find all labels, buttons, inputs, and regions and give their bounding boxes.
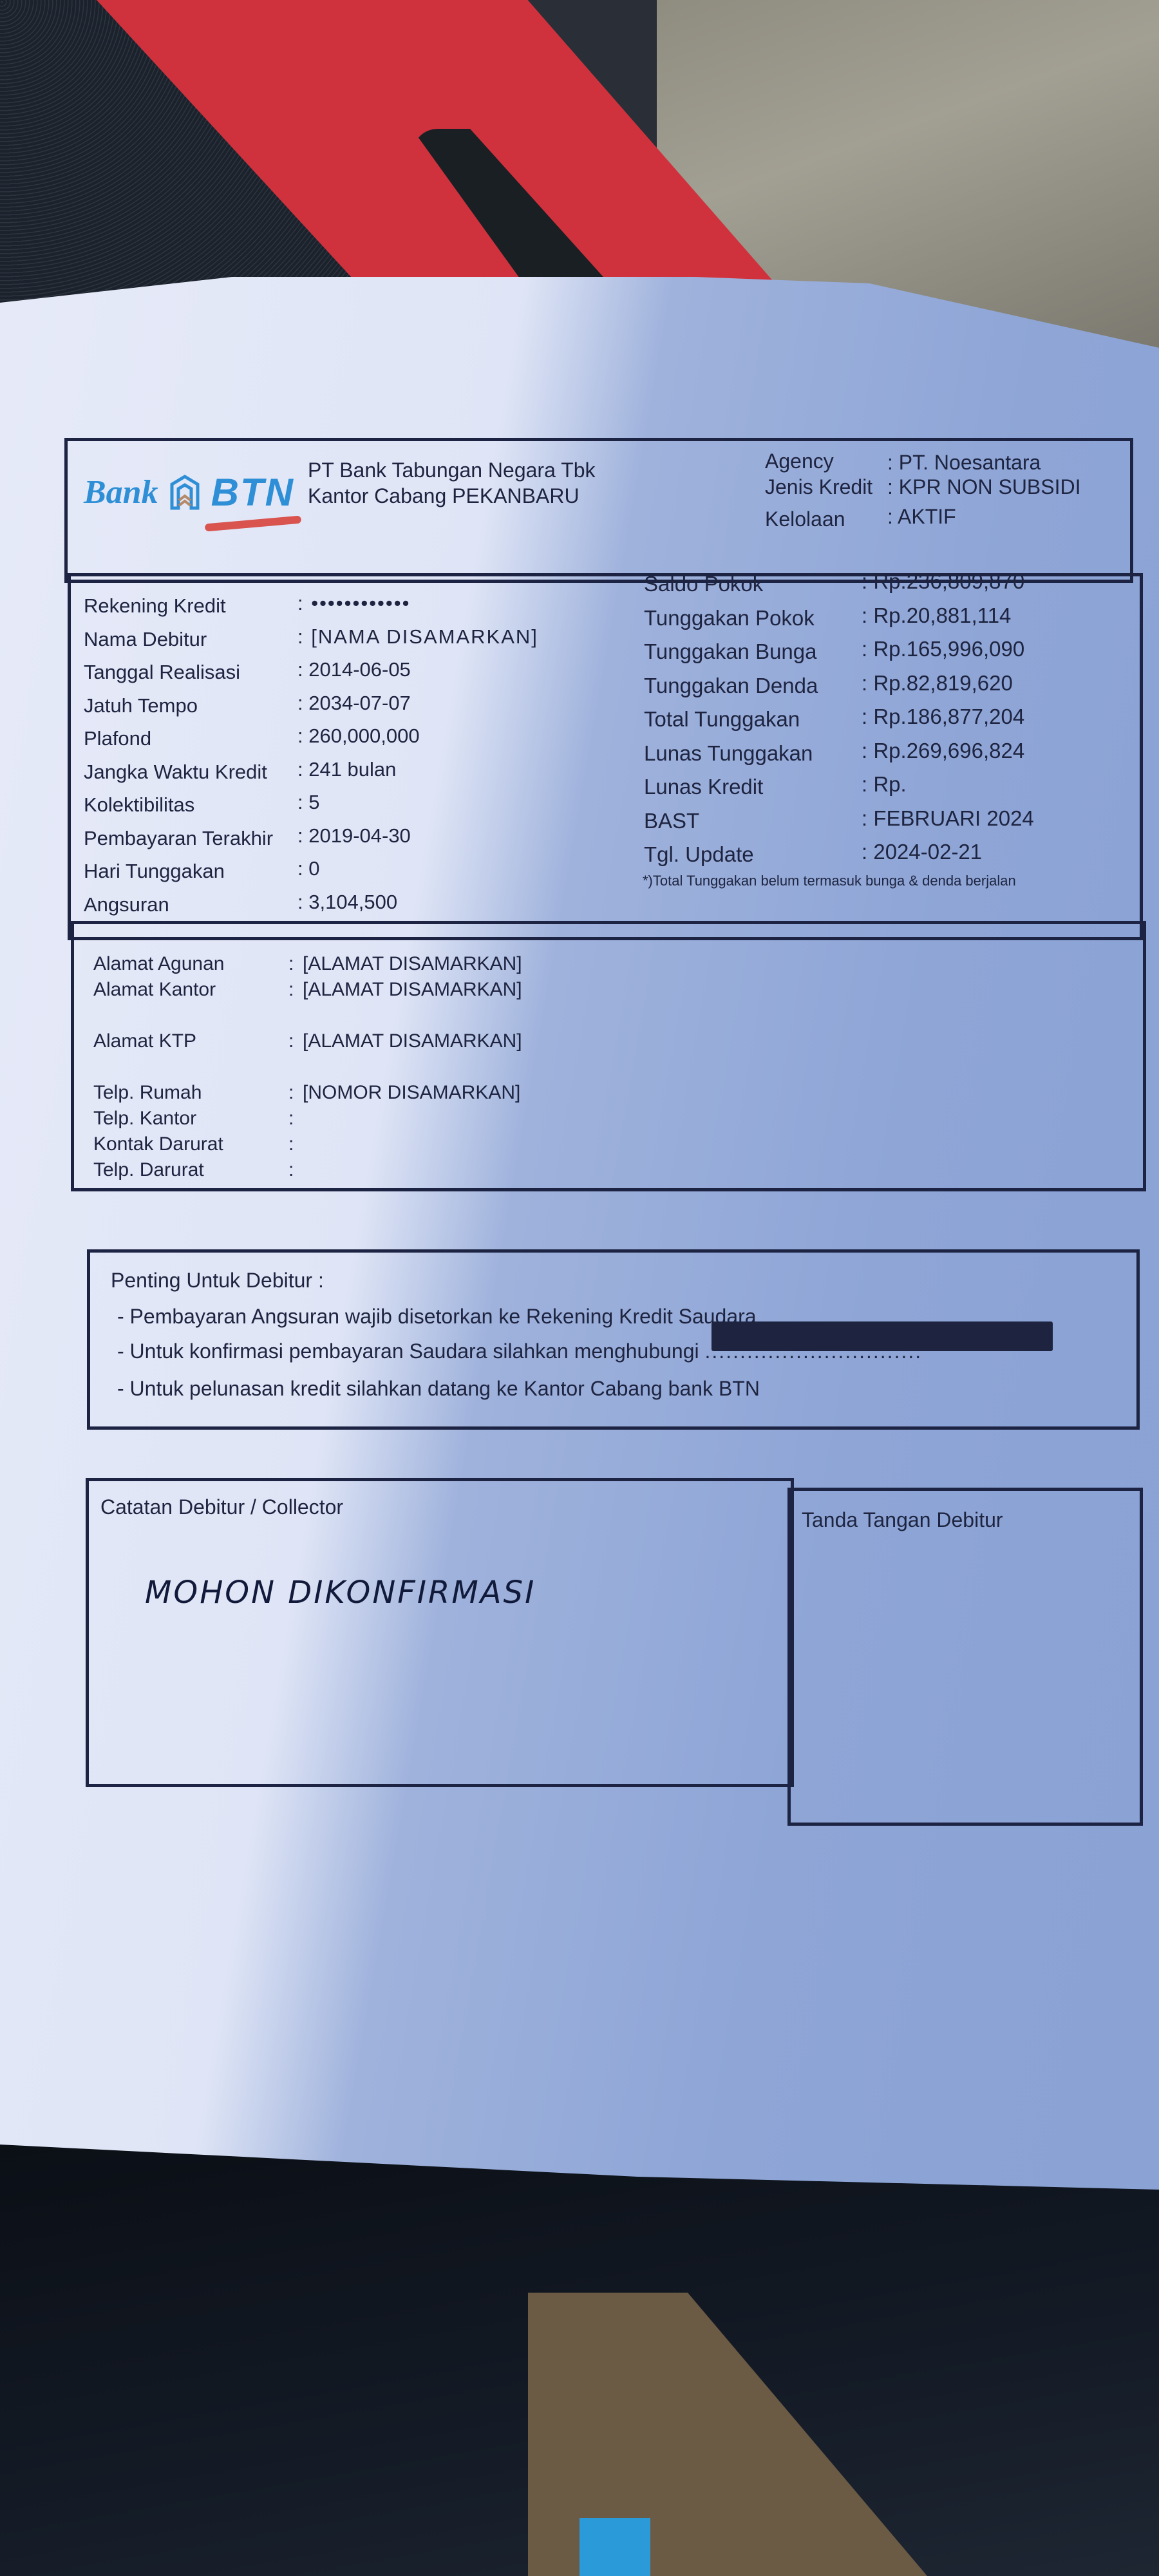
contact-value: [ALAMAT DISAMARKAN] (303, 979, 522, 1001)
collector-notes-label: Catatan Debitur / Collector (100, 1495, 343, 1519)
contact-colon: : (288, 979, 294, 1001)
notice-item-text: - Untuk konfirmasi pembayaran Saudara si… (117, 1340, 699, 1363)
balance-field-label: Tunggakan Denda (644, 674, 818, 698)
signature-label: Tanda Tangan Debitur (802, 1508, 1003, 1532)
balance-field-label: Lunas Tunggakan (644, 741, 813, 766)
loan-field-label: Angsuran (84, 893, 169, 916)
balance-field-value: : Rp.236,809,870 (862, 569, 1024, 594)
loan-field-value: : 241 bulan (297, 758, 396, 781)
loan-footnote: *)Total Tunggakan belum termasuk bunga &… (643, 873, 1016, 889)
notice-title: Penting Untuk Debitur : (111, 1269, 324, 1293)
loan-field-label: Jatuh Tempo (84, 694, 198, 717)
notice-item: - Untuk pelunasan kredit silahkan datang… (117, 1377, 760, 1401)
contact-colon: : (288, 953, 294, 975)
handwritten-note: MOHON DIKONFIRMASI (145, 1575, 536, 1611)
contact-label: Alamat Kantor (93, 979, 216, 1001)
loan-field-value: : 2034-07-07 (297, 692, 411, 715)
balance-field-label: Tgl. Update (644, 842, 754, 867)
notice-item: - Pembayaran Angsuran wajib disetorkan k… (117, 1305, 757, 1329)
loan-field-value: : •••••••••••• (297, 592, 410, 615)
contact-label: Telp. Darurat (93, 1159, 204, 1181)
loan-field-label: Hari Tunggakan (84, 860, 225, 883)
loan-field-value: : 3,104,500 (297, 891, 397, 914)
loan-field-label: Tanggal Realisasi (84, 661, 240, 684)
loan-field-value: : 0 (297, 857, 319, 880)
contact-label: Kontak Darurat (93, 1133, 223, 1155)
balance-field-label: Saldo Pokok (644, 572, 763, 596)
blue-object (579, 2518, 650, 2576)
house-logo-icon (170, 475, 200, 511)
signature-box (787, 1488, 1143, 1826)
handwritten-contact: [KONTAK DISAMARKAN] (711, 1321, 1053, 1351)
balance-field-value: : FEBRUARI 2024 (862, 806, 1034, 831)
contact-value: [ALAMAT DISAMARKAN] (303, 1030, 522, 1052)
loan-field-value: : 2014-06-05 (297, 658, 411, 681)
balance-field-value: : Rp.82,819,620 (862, 671, 1013, 696)
loan-field-value: : 2019-04-30 (297, 824, 411, 848)
contact-colon: : (288, 1108, 294, 1130)
branch-name: Kantor Cabang PEKANBARU (308, 484, 579, 508)
loan-field-label: Nama Debitur (84, 628, 207, 651)
loan-field-value: : 5 (297, 791, 319, 814)
company-name: PT Bank Tabungan Negara Tbk (308, 459, 596, 482)
balance-field-label: Tunggakan Pokok (644, 606, 815, 630)
loan-field-value: : 260,000,000 (297, 724, 420, 748)
balance-field-value: : 2024-02-21 (862, 840, 982, 864)
loan-field-label: Rekening Kredit (84, 594, 226, 618)
credit-type-value: : KPR NON SUBSIDI (887, 475, 1081, 499)
balance-field-value: : Rp.20,881,114 (862, 603, 1011, 628)
balance-field-value: : Rp.186,877,204 (862, 705, 1024, 729)
management-value: : AKTIF (887, 505, 956, 529)
contact-box (71, 921, 1146, 1191)
contact-label: Alamat KTP (93, 1030, 196, 1052)
balance-field-value: : Rp. (862, 772, 907, 797)
contact-label: Telp. Rumah (93, 1082, 202, 1104)
contact-label: Telp. Kantor (93, 1108, 196, 1130)
agency-label: Agency (765, 450, 834, 473)
balance-field-label: Total Tunggakan (644, 707, 800, 732)
loan-field-value: : [NAMA DISAMARKAN] (297, 625, 538, 649)
loan-field-label: Pembayaran Terakhir (84, 827, 273, 850)
logo-btn-text: BTN (211, 470, 294, 515)
contact-colon: : (288, 1159, 294, 1181)
bank-logo: Bank BTN (84, 470, 294, 515)
contact-label: Alamat Agunan (93, 953, 224, 975)
balance-field-label: BAST (644, 809, 699, 833)
loan-field-label: Jangka Waktu Kredit (84, 761, 267, 784)
balance-field-label: Lunas Kredit (644, 775, 763, 799)
credit-type-label: Jenis Kredit (765, 475, 872, 499)
contact-value: [ALAMAT DISAMARKAN] (303, 953, 522, 975)
management-label: Kelolaan (765, 507, 845, 531)
balance-field-label: Tunggakan Bunga (644, 639, 817, 664)
contact-colon: : (288, 1030, 294, 1052)
balance-field-value: : Rp.165,996,090 (862, 637, 1024, 661)
agency-value: : PT. Noesantara (887, 451, 1041, 475)
collector-notes-box (86, 1478, 794, 1787)
contact-value: [NOMOR DISAMARKAN] (303, 1082, 520, 1104)
balance-field-value: : Rp.269,696,824 (862, 739, 1024, 763)
loan-field-label: Kolektibilitas (84, 793, 194, 817)
contact-colon: : (288, 1082, 294, 1104)
logo-bank-text: Bank (84, 473, 158, 511)
contact-colon: : (288, 1133, 294, 1155)
loan-field-label: Plafond (84, 727, 151, 750)
